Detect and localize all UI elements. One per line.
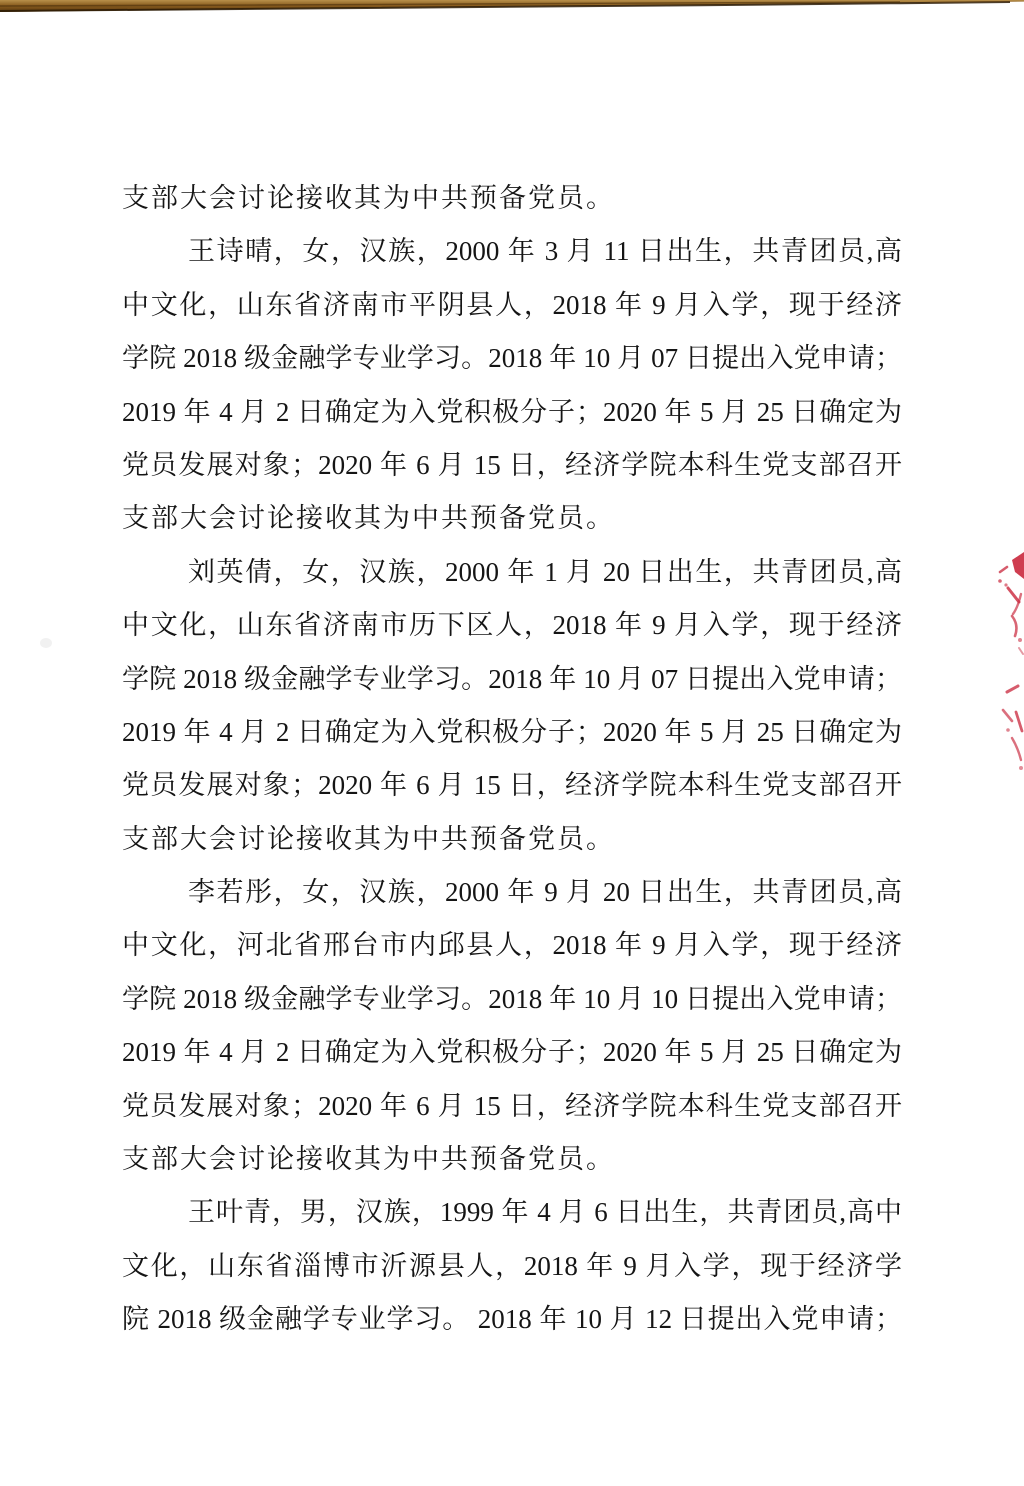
text-line: 支部大会讨论接收其为中共预备党员。 [122, 813, 902, 866]
scan-smudge [40, 638, 52, 648]
text-line: 学院 2018 级金融学专业学习。2018 年 10 月 07 日提出入党申请； [122, 332, 902, 385]
scanned-document-page: { "page": { "background": "#ffffff", "te… [0, 0, 1024, 1486]
text-line: 支部大会讨论接收其为中共预备党员。 [122, 172, 902, 225]
text-line: 中文化，山东省济南市平阴县人，2018 年 9 月入学，现于经济 [122, 279, 902, 332]
text-line: 党员发展对象；2020 年 6 月 15 日，经济学院本科生党支部召开 [122, 1080, 902, 1133]
text-line: 刘英倩，女，汉族，2000 年 1 月 20 日出生，共青团员,高 [122, 546, 902, 599]
text-line: 王诗晴，女，汉族，2000 年 3 月 11 日出生，共青团员,高 [122, 225, 902, 278]
text-line: 中文化，河北省邢台市内邱县人，2018 年 9 月入学，现于经济 [122, 919, 902, 972]
text-line: 中文化，山东省济南市历下区人，2018 年 9 月入学，现于经济 [122, 599, 902, 652]
text-line: 2019 年 4 月 2 日确定为入党积极分子；2020 年 5 月 25 日确… [122, 706, 902, 759]
text-line: 学院 2018 级金融学专业学习。2018 年 10 月 10 日提出入党申请； [122, 973, 902, 1026]
text-line: 院 2018 级金融学专业学习。 2018 年 10 月 12 日提出入党申请； [122, 1293, 902, 1346]
scan-edge-strip [0, 0, 1024, 16]
text-line: 文化，山东省淄博市沂源县人，2018 年 9 月入学，现于经济学 [122, 1240, 902, 1293]
text-line: 2019 年 4 月 2 日确定为入党积极分子；2020 年 5 月 25 日确… [122, 386, 902, 439]
text-line: 李若彤，女，汉族，2000 年 9 月 20 日出生，共青团员,高 [122, 866, 902, 919]
text-line: 王叶青，男，汉族，1999 年 4 月 6 日出生，共青团员,高中 [122, 1186, 902, 1239]
red-seal-fragment-icon [994, 552, 1024, 780]
text-line: 党员发展对象；2020 年 6 月 15 日，经济学院本科生党支部召开 [122, 759, 902, 812]
text-line: 党员发展对象；2020 年 6 月 15 日，经济学院本科生党支部召开 [122, 439, 902, 492]
text-line: 支部大会讨论接收其为中共预备党员。 [122, 492, 902, 545]
text-block: 支部大会讨论接收其为中共预备党员。王诗晴，女，汉族，2000 年 3 月 11 … [122, 172, 902, 1347]
text-line: 支部大会讨论接收其为中共预备党员。 [122, 1133, 902, 1186]
text-line: 2019 年 4 月 2 日确定为入党积极分子；2020 年 5 月 25 日确… [122, 1026, 902, 1079]
text-line: 学院 2018 级金融学专业学习。2018 年 10 月 07 日提出入党申请； [122, 653, 902, 706]
